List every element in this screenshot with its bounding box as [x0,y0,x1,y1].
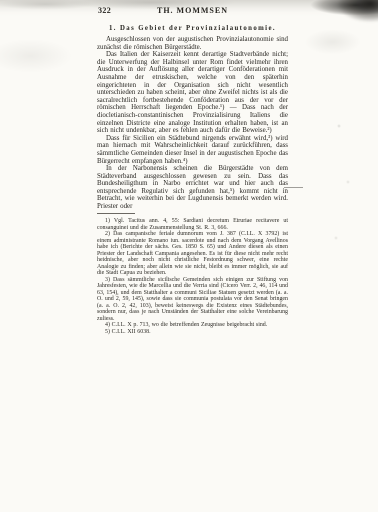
body-text: Ausgeschlossen von der augustischen Prov… [97,36,288,211]
paragraph-1: Ausgeschlossen von der augustischen Prov… [97,36,288,51]
footnotes-block: 1) Vgl. Tacitus ann. 4, 55: Sardiani dec… [97,218,288,335]
running-head: TH. MOMMSEN [97,6,288,15]
footnote-2: 2) Das campanische feriale dumnorum vom … [97,231,288,277]
footnote-5: 5) C.I.L. XII 6038. [97,329,288,336]
footnote-1: 1) Vgl. Tacitus ann. 4, 55: Sardiani dec… [97,218,288,231]
paragraph-4: In der Narbonensis scheinen die Bürgerst… [97,165,288,211]
footnote-4: 4) C.I.L. X p. 713, wo die betreffenden … [97,322,288,329]
paragraph-3: Dass für Sicilien ein Städtebund nirgend… [97,135,288,165]
section-heading: 1. Das Gebiet der Provinzialautonomie. [97,25,288,32]
book-page-scan: 322 TH. MOMMSEN 1. Das Gebiet der Provin… [0,0,378,512]
page-header: 322 TH. MOMMSEN [97,6,288,17]
scan-specks-right-margin [330,110,360,270]
margin-pencil-mark [284,187,303,188]
paragraph-2: Das Italien der Kaiserzeit kennt derarti… [97,51,288,135]
footnote-3: 3) Dass sämmtliche sicilische Gemeinden … [97,277,288,323]
footnote-separator-rule [97,213,135,214]
